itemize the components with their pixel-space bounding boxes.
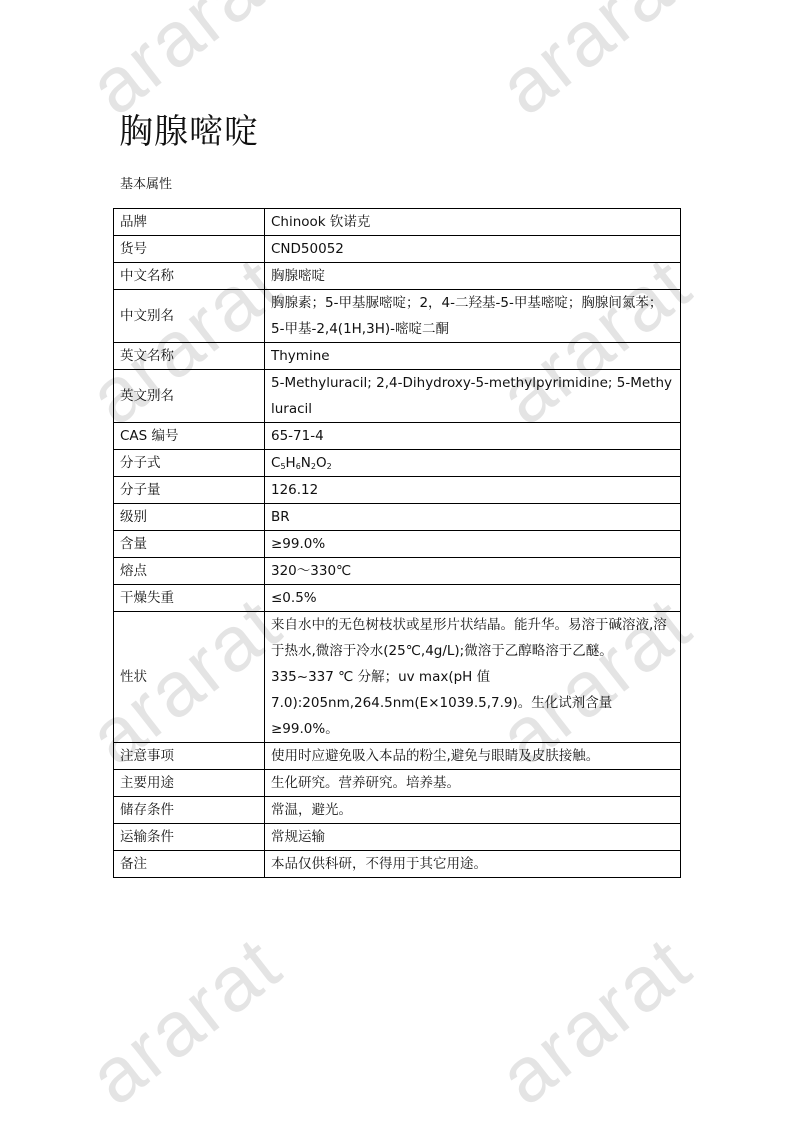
property-key: 熔点 bbox=[114, 558, 265, 585]
property-key: 主要用途 bbox=[114, 770, 265, 797]
property-key: 级别 bbox=[114, 504, 265, 531]
table-row: 分子量 126.12 bbox=[114, 477, 681, 504]
properties-table: 品牌 Chinook 钦诺克 货号 CND50052 中文名称 胸腺嘧啶 中文别… bbox=[113, 208, 681, 878]
table-row: 英文别名 5-Methyluracil; 2,4-Dihydroxy-5-met… bbox=[114, 370, 681, 423]
property-value: ≥99.0% bbox=[265, 531, 681, 558]
table-row: 分子式 C5H6N2O2 bbox=[114, 450, 681, 477]
property-key: 干燥失重 bbox=[114, 585, 265, 612]
property-value: 常温，避光。 bbox=[265, 797, 681, 824]
property-key: 运输条件 bbox=[114, 824, 265, 851]
property-value: 使用时应避免吸入本品的粉尘,避免与眼睛及皮肤接触。 bbox=[265, 743, 681, 770]
property-value: 320～330℃ bbox=[265, 558, 681, 585]
property-key: 货号 bbox=[114, 236, 265, 263]
watermark: ararat bbox=[482, 0, 708, 133]
property-key: 中文别名 bbox=[114, 290, 265, 343]
property-key: 储存条件 bbox=[114, 797, 265, 824]
property-key: 中文名称 bbox=[114, 263, 265, 290]
watermark: ararat bbox=[72, 918, 298, 1122]
table-row: 中文别名 胸腺素；5-甲基脲嘧啶；2，4-二羟基-5-甲基嘧啶；胸腺间氮苯；5-… bbox=[114, 290, 681, 343]
property-value: 常规运输 bbox=[265, 824, 681, 851]
table-row: 主要用途 生化研究。营养研究。培养基。 bbox=[114, 770, 681, 797]
property-key: 性状 bbox=[114, 612, 265, 743]
property-value: CND50052 bbox=[265, 236, 681, 263]
table-row: 运输条件 常规运输 bbox=[114, 824, 681, 851]
table-row: 英文名称 Thymine bbox=[114, 343, 681, 370]
property-key: 品牌 bbox=[114, 209, 265, 236]
property-value: 126.12 bbox=[265, 477, 681, 504]
property-value: 胸腺素；5-甲基脲嘧啶；2，4-二羟基-5-甲基嘧啶；胸腺间氮苯；5-甲基-2,… bbox=[265, 290, 681, 343]
property-value: 5-Methyluracil; 2,4-Dihydroxy-5-methylpy… bbox=[265, 370, 681, 423]
property-value: Chinook 钦诺克 bbox=[265, 209, 681, 236]
table-row: 熔点 320～330℃ bbox=[114, 558, 681, 585]
table-row: 注意事项 使用时应避免吸入本品的粉尘,避免与眼睛及皮肤接触。 bbox=[114, 743, 681, 770]
property-key: 英文名称 bbox=[114, 343, 265, 370]
table-row: 级别 BR bbox=[114, 504, 681, 531]
property-key: 备注 bbox=[114, 851, 265, 878]
property-value: 生化研究。营养研究。培养基。 bbox=[265, 770, 681, 797]
property-value: ≤0.5% bbox=[265, 585, 681, 612]
table-row: 货号 CND50052 bbox=[114, 236, 681, 263]
molecular-formula: C5H6N2O2 bbox=[265, 450, 681, 477]
property-key: 含量 bbox=[114, 531, 265, 558]
property-value: 本品仅供科研，不得用于其它用途。 bbox=[265, 851, 681, 878]
property-value: 65-71-4 bbox=[265, 423, 681, 450]
property-value: 来自水中的无色树枝状或星形片状结晶。能升华。易溶于碱溶液,溶于热水,微溶于冷水(… bbox=[265, 612, 681, 743]
property-value: 胸腺嘧啶 bbox=[265, 263, 681, 290]
property-value: Thymine bbox=[265, 343, 681, 370]
property-key: 分子式 bbox=[114, 450, 265, 477]
property-key: 注意事项 bbox=[114, 743, 265, 770]
watermark: ararat bbox=[482, 918, 708, 1122]
section-label: 基本属性 bbox=[120, 173, 172, 192]
property-value: BR bbox=[265, 504, 681, 531]
table-row: 中文名称 胸腺嘧啶 bbox=[114, 263, 681, 290]
property-key: CAS 编号 bbox=[114, 423, 265, 450]
table-row: 干燥失重 ≤0.5% bbox=[114, 585, 681, 612]
table-row: 性状 来自水中的无色树枝状或星形片状结晶。能升华。易溶于碱溶液,溶于热水,微溶于… bbox=[114, 612, 681, 743]
table-row: 含量 ≥99.0% bbox=[114, 531, 681, 558]
property-key: 英文别名 bbox=[114, 370, 265, 423]
table-row: 储存条件 常温，避光。 bbox=[114, 797, 681, 824]
page-title: 胸腺嘧啶 bbox=[119, 104, 259, 153]
table-row: CAS 编号 65-71-4 bbox=[114, 423, 681, 450]
table-row: 品牌 Chinook 钦诺克 bbox=[114, 209, 681, 236]
table-row: 备注 本品仅供科研，不得用于其它用途。 bbox=[114, 851, 681, 878]
property-key: 分子量 bbox=[114, 477, 265, 504]
